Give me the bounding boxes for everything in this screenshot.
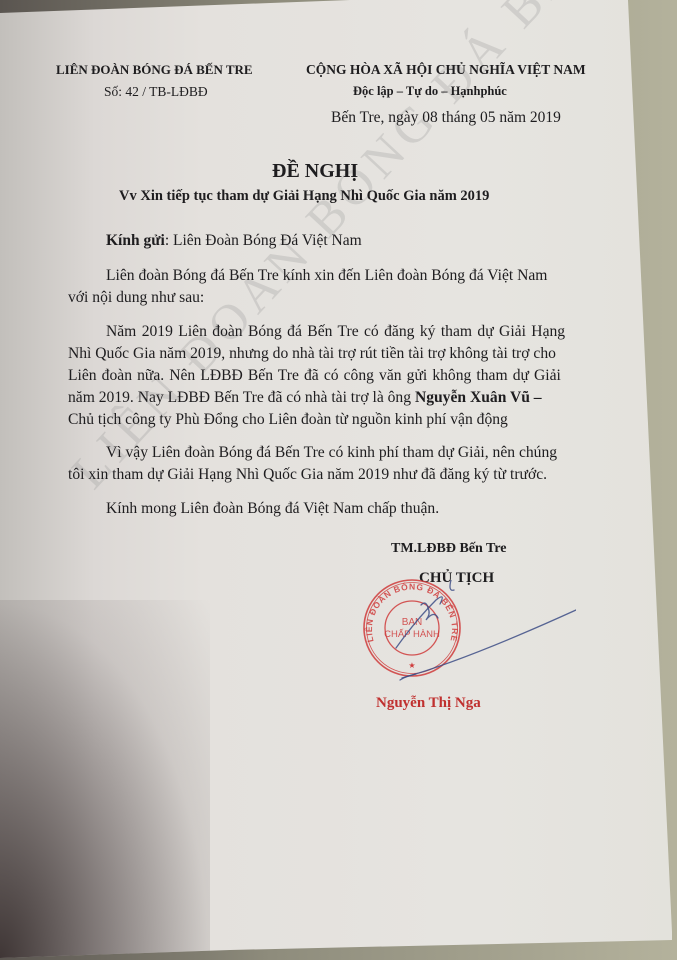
document-number: Số: 42 / TB-LĐBĐ	[104, 84, 208, 100]
document-paper: LIÊN ĐOÀN BÓNG ĐÁ BẾN TRE LIÊN ĐOÀN BÓNG…	[0, 0, 677, 960]
signature-on-behalf: TM.LĐBĐ Bến Tre	[391, 541, 507, 557]
paragraph-2-line-1: Năm 2019 Liên đoàn Bóng đá Bến Tre có đă…	[106, 321, 565, 343]
paragraph-2-line-5: Chủ tịch công ty Phù Đổng cho Liên đoàn …	[68, 409, 508, 431]
sponsor-name: Nguyễn Xuân Vũ –	[415, 389, 542, 406]
paragraph-1-line-2: với nội dung như sau:	[68, 287, 204, 309]
paragraph-2-line-3: Liên đoàn nữa. Nên LĐBĐ Bến Tre đã có cô…	[68, 365, 561, 387]
document-subject: Vv Xin tiếp tục tham dự Giải Hạng Nhì Qu…	[119, 188, 489, 205]
recipient-label: Kính gửi	[106, 232, 165, 249]
place-date: Bến Tre, ngày 08 tháng 05 năm 2019	[331, 109, 561, 127]
paragraph-3-line-2: tôi xin tham dự Giải Hạng Nhì Quốc Gia n…	[68, 464, 547, 486]
national-motto: Độc lập – Tự do – Hạnhphúc	[353, 84, 507, 99]
paragraph-4: Kính mong Liên đoàn Bóng đá Việt Nam chấ…	[106, 498, 439, 520]
organization-name: LIÊN ĐOÀN BÓNG ĐÁ BẾN TRE	[56, 62, 253, 78]
paragraph-2-line-4: năm 2019. Nay LĐBĐ Bến Tre đã có nhà tài…	[68, 387, 542, 409]
paragraph-3-line-1: Vì vậy Liên đoàn Bóng đá Bến Tre có kinh…	[106, 442, 557, 464]
recipient-value: : Liên Đoàn Bóng Đá Việt Nam	[165, 232, 362, 249]
recipient-line: Kính gửi: Liên Đoàn Bóng Đá Việt Nam	[106, 232, 362, 250]
paragraph-1-line-1: Liên đoàn Bóng đá Bến Tre kính xin đến L…	[106, 265, 547, 287]
paragraph-2-line-2: Nhì Quốc Gia năm 2019, nhưng do nhà tài …	[68, 343, 556, 365]
handwritten-signature	[376, 580, 576, 690]
document-title: ĐỀ NGHỊ	[272, 160, 358, 183]
paper-shadow	[0, 600, 210, 960]
paragraph-2-line-4-text: năm 2019. Nay LĐBĐ Bến Tre đã có nhà tài…	[68, 389, 415, 406]
signer-name: Nguyễn Thị Nga	[376, 695, 481, 712]
country-name: CỘNG HÒA XÃ HỘI CHỦ NGHĨA VIỆT NAM	[306, 62, 586, 78]
